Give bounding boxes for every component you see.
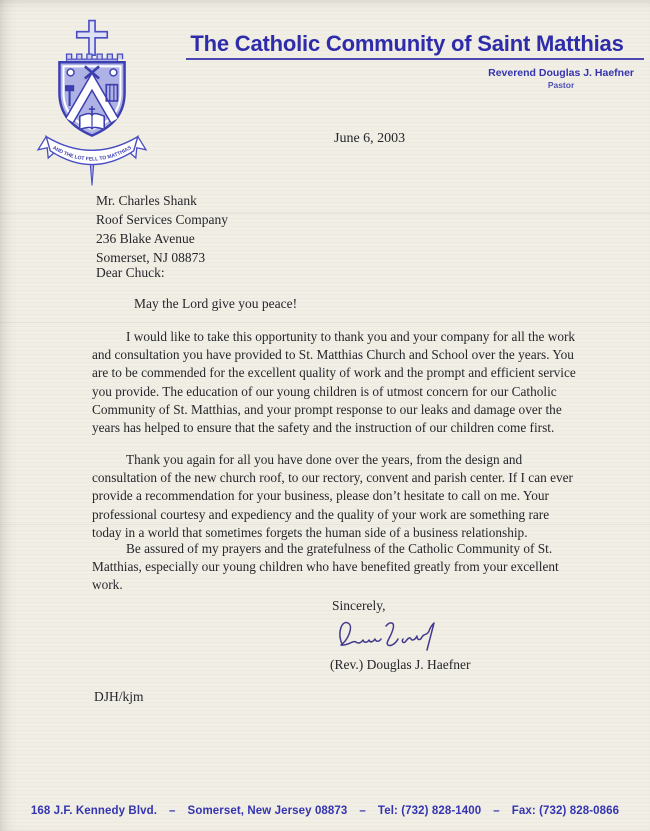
body-paragraph: Be assured of my prayers and the gratefu… [92,540,580,595]
letter-paper: AND THE LOT FELL TO MATTHIAS The Catholi… [0,0,650,831]
ribbon-banner: AND THE LOT FELL TO MATTHIAS [38,137,146,165]
footer-separator: – [481,805,512,817]
footer-separator: – [157,805,188,817]
footer-tel: Tel: (732) 828-1400 [378,805,481,817]
pastor-name: Reverend Douglas J. Haefner [488,67,634,79]
reference-initials: DJH/kjm [94,689,144,705]
header-rule [186,58,644,60]
salutation: Dear Chuck: [96,265,165,281]
footer-separator: – [347,805,378,817]
signer-name: (Rev.) Douglas J. Haefner [330,657,470,673]
pastor-block: Reverend Douglas J. Haefner Pastor [488,67,634,90]
opening-line: May the Lord give you peace! [134,296,297,312]
recipient-address: Mr. Charles Shank Roof Services Company … [96,191,228,267]
footer-fax: Fax: (732) 828-0866 [512,805,619,817]
page-title: The Catholic Community of Saint Matthias [168,31,646,57]
body-paragraph: I would like to take this opportunity to… [92,328,580,437]
shield-icon [59,62,124,135]
pastor-title: Pastor [488,80,634,90]
body-paragraph: Thank you again for all you have done ov… [92,451,580,542]
recipient-line: Roof Services Company [96,210,228,229]
footer-street: 168 J.F. Kennedy Blvd. [31,805,157,817]
paper-crease [0,322,650,323]
footer-address-bar: 168 J.F. Kennedy Blvd.–Somerset, New Jer… [0,805,650,817]
recipient-line: 236 Blake Avenue [96,229,228,248]
roundel-icon [110,69,117,76]
parish-crest: AND THE LOT FELL TO MATTHIAS [36,18,148,190]
recipient-line: Mr. Charles Shank [96,191,228,210]
footer-city: Somerset, New Jersey 08873 [188,805,348,817]
signature-script [330,612,450,656]
cross-icon [77,21,108,56]
letter-date: June 6, 2003 [334,131,405,147]
roundel-icon [67,69,74,76]
